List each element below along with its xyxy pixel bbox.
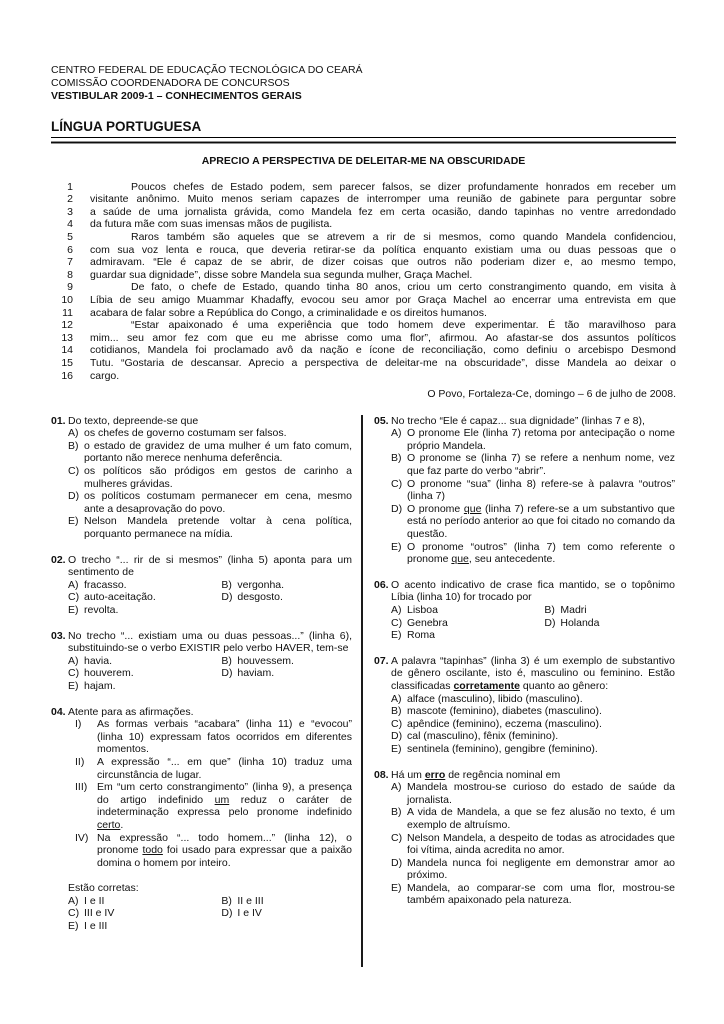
option-label: C) bbox=[68, 667, 84, 680]
passage-line: 14cotidianos, Mandela foi proclamado avô… bbox=[51, 344, 676, 357]
answer-option: A)havia. bbox=[68, 655, 221, 668]
line-text: guardar sua dignidade”, disse sobre Mand… bbox=[90, 269, 676, 282]
passage-line: 15Tutu. “Gostaria de descansar. Aprecio … bbox=[51, 357, 676, 370]
option-label: A) bbox=[391, 693, 407, 706]
option-text: os chefes de governo costumam ser falsos… bbox=[84, 427, 287, 439]
line-number: 8 bbox=[51, 269, 73, 282]
option-text: Mandela mostrou-se curioso do estado de … bbox=[407, 781, 675, 806]
exam-header: CENTRO FEDERAL DE EDUCAÇÃO TECNOLÓGICA D… bbox=[51, 64, 676, 103]
statement-item: III)Em “um certo constrangimento” (linha… bbox=[75, 781, 352, 831]
answer-option: A)Lisboa bbox=[391, 604, 544, 617]
option-text: houverem. bbox=[84, 667, 134, 679]
question-number: 02. bbox=[51, 554, 68, 567]
questions-area: 01.Do texto, depreende-se queA)os chefes… bbox=[51, 415, 676, 967]
question-stem-text: O trecho “... rir de si mesmos” (linha 5… bbox=[68, 554, 352, 579]
line-text: visitante anônimo. Muito menos seriam ca… bbox=[90, 193, 676, 206]
questions-column-left: 01.Do texto, depreende-se queA)os chefes… bbox=[51, 415, 352, 967]
exam-page: CENTRO FEDERAL DE EDUCAÇÃO TECNOLÓGICA D… bbox=[0, 0, 724, 967]
options-list: A)I e IIB)II e IIIC)III e IVD)I e IVE)I … bbox=[51, 895, 352, 933]
option-text: havia. bbox=[84, 655, 112, 667]
answer-option: C)Nelson Mandela, a despeito de todas as… bbox=[391, 832, 675, 857]
line-text: Poucos chefes de Estado podem, sem parec… bbox=[90, 181, 676, 194]
line-text: cargo. bbox=[90, 370, 676, 383]
answer-option: D)Mandela nunca foi negligente em demons… bbox=[391, 857, 675, 882]
line-text: da futura mãe com suas imensas mãos de p… bbox=[90, 218, 676, 231]
line-number: 4 bbox=[51, 218, 73, 231]
question-stem: 06.O acento indicativo de crase fica man… bbox=[374, 579, 675, 604]
question-stem: 01.Do texto, depreende-se que bbox=[51, 415, 352, 428]
answer-option: B)II e III bbox=[221, 895, 352, 908]
option-text: vergonha. bbox=[237, 579, 284, 591]
question-stem: 04.Atente para as afirmações. bbox=[51, 706, 352, 719]
question-stem: 03.No trecho “... existiam uma ou duas p… bbox=[51, 630, 352, 655]
answer-option: C)apêndice (feminino), eczema (masculino… bbox=[391, 718, 675, 731]
options-list: A)alface (masculino), libido (masculino)… bbox=[374, 693, 675, 756]
option-text: O pronome “sua” (linha 8) refere-se à pa… bbox=[407, 478, 675, 503]
answer-option: D)I e IV bbox=[221, 907, 352, 920]
column-divider bbox=[361, 415, 363, 967]
header-divider-rule bbox=[51, 141, 676, 144]
line-number: 15 bbox=[51, 357, 73, 370]
statement-list: I)As formas verbais “acabara” (linha 11)… bbox=[51, 718, 352, 869]
line-text: Líbia de seu amigo Muammar Khadaffy, evo… bbox=[90, 294, 676, 307]
option-label: D) bbox=[391, 503, 407, 516]
option-label: D) bbox=[544, 617, 560, 630]
line-number: 9 bbox=[51, 281, 73, 294]
institution-name: CENTRO FEDERAL DE EDUCAÇÃO TECNOLÓGICA D… bbox=[51, 64, 676, 77]
statement-text: As formas verbais “acabara” (linha 11) e… bbox=[97, 718, 352, 755]
passage-line: 5Raros também são aqueles que se atrevem… bbox=[51, 231, 676, 244]
passage-title: APRECIO A PERSPECTIVA DE DELEITAR-ME NA … bbox=[51, 155, 676, 168]
question-stem: 07.A palavra “tapinhas” (linha 3) é um e… bbox=[374, 655, 675, 693]
option-label: C) bbox=[391, 478, 407, 491]
option-text: hajam. bbox=[84, 680, 116, 692]
option-text: Genebra bbox=[407, 617, 448, 629]
question-number: 06. bbox=[374, 579, 391, 592]
statement-text: Na expressão “... todo homem...” (linha … bbox=[97, 832, 352, 869]
option-label: E) bbox=[68, 515, 84, 528]
option-label: B) bbox=[391, 705, 407, 718]
question-stem: 05.No trecho “Ele é capaz... sua dignida… bbox=[374, 415, 675, 428]
question-stem-text: Do texto, depreende-se que bbox=[68, 415, 198, 427]
line-number: 13 bbox=[51, 332, 73, 345]
question-stem-text: Há um erro de regência nominal em bbox=[391, 769, 560, 781]
option-text: revolta. bbox=[84, 604, 118, 616]
option-label: A) bbox=[68, 655, 84, 668]
option-text: mascote (feminino), diabetes (masculino)… bbox=[407, 705, 602, 717]
option-label: B) bbox=[221, 655, 237, 668]
option-text: desgosto. bbox=[237, 591, 283, 603]
option-text: I e II bbox=[84, 895, 104, 907]
question-number: 08. bbox=[374, 769, 391, 782]
option-label: C) bbox=[391, 718, 407, 731]
answer-option: E)revolta. bbox=[68, 604, 221, 617]
answer-option: B)vergonha. bbox=[221, 579, 352, 592]
answer-option: C)auto-aceitação. bbox=[68, 591, 221, 604]
option-text: Nelson Mandela pretende voltar à cena po… bbox=[84, 515, 352, 540]
statement-item: IV)Na expressão “... todo homem...” (lin… bbox=[75, 832, 352, 870]
option-label: C) bbox=[68, 907, 84, 920]
option-label: C) bbox=[68, 465, 84, 478]
option-text: O pronome Ele (linha 7) retoma por antec… bbox=[407, 427, 675, 452]
option-label: E) bbox=[391, 882, 407, 895]
line-number: 2 bbox=[51, 193, 73, 206]
option-text: Holanda bbox=[560, 617, 599, 629]
answer-option: A)O pronome Ele (linha 7) retoma por ant… bbox=[391, 427, 675, 452]
question: 04.Atente para as afirmações.I)As formas… bbox=[51, 706, 352, 933]
question-stem-text: Atente para as afirmações. bbox=[68, 706, 193, 718]
answer-option: E)sentinela (feminino), gengibre (femini… bbox=[391, 743, 675, 756]
passage-line: 13mim... seu amor fez com que eu me abri… bbox=[51, 332, 676, 345]
option-text: o estado de gravidez de uma mulher é um … bbox=[84, 440, 352, 465]
option-label: A) bbox=[68, 895, 84, 908]
option-text: apêndice (feminino), eczema (masculino). bbox=[407, 718, 602, 730]
options-list: A)fracasso.B)vergonha.C)auto-aceitação.D… bbox=[51, 579, 352, 617]
option-text: O pronome “outros” (linha 7) tem como re… bbox=[407, 541, 675, 566]
passage-line: 8guardar sua dignidade”, disse sobre Man… bbox=[51, 269, 676, 282]
line-number: 14 bbox=[51, 344, 73, 357]
option-label: E) bbox=[391, 743, 407, 756]
passage-line: 10Líbia de seu amigo Muammar Khadaffy, e… bbox=[51, 294, 676, 307]
option-text: Mandela nunca foi negligente em demonstr… bbox=[407, 857, 675, 882]
answer-option: D)haviam. bbox=[221, 667, 352, 680]
option-label: C) bbox=[391, 832, 407, 845]
statement-item: I)As formas verbais “acabara” (linha 11)… bbox=[75, 718, 352, 756]
question: 02.O trecho “... rir de si mesmos” (linh… bbox=[51, 554, 352, 617]
option-label: D) bbox=[221, 907, 237, 920]
passage-line: 7admiravam. “Ele é capaz de se abrir, de… bbox=[51, 256, 676, 269]
question-stem-text: O acento indicativo de crase fica mantid… bbox=[391, 579, 675, 604]
answer-option: C)O pronome “sua” (linha 8) refere-se à … bbox=[391, 478, 675, 503]
options-list: A)os chefes de governo costumam ser fals… bbox=[51, 427, 352, 540]
line-text: cotidianos, Mandela foi proclamado avô d… bbox=[90, 344, 676, 357]
option-label: C) bbox=[68, 591, 84, 604]
question: 03.No trecho “... existiam uma ou duas p… bbox=[51, 630, 352, 693]
options-list: A)O pronome Ele (linha 7) retoma por ant… bbox=[374, 427, 675, 566]
option-label: A) bbox=[68, 579, 84, 592]
option-label: E) bbox=[68, 920, 84, 933]
options-list: A)Mandela mostrou-se curioso do estado d… bbox=[374, 781, 675, 907]
answer-option: E)O pronome “outros” (linha 7) tem como … bbox=[391, 541, 675, 566]
answer-option: C)Genebra bbox=[391, 617, 544, 630]
question-instruction: Estão corretas: bbox=[51, 882, 352, 895]
passage-line: 6com sua voz lenta e rouca, que deveria … bbox=[51, 244, 676, 257]
option-label: A) bbox=[391, 604, 407, 617]
question: 05.No trecho “Ele é capaz... sua dignida… bbox=[374, 415, 675, 566]
passage-line: 4da futura mãe com suas imensas mãos de … bbox=[51, 218, 676, 231]
question: 07.A palavra “tapinhas” (linha 3) é um e… bbox=[374, 655, 675, 756]
line-text: admiravam. “Ele é capaz de se abrir, de … bbox=[90, 256, 676, 269]
option-label: E) bbox=[391, 541, 407, 554]
option-text: Lisboa bbox=[407, 604, 438, 616]
option-text: III e IV bbox=[84, 907, 114, 919]
option-text: I e IV bbox=[237, 907, 262, 919]
option-label: B) bbox=[391, 452, 407, 465]
option-text: os políticos são pródigos em gestos de c… bbox=[84, 465, 352, 490]
line-number: 11 bbox=[51, 307, 73, 320]
answer-option: D)cal (masculino), fênix (feminino). bbox=[391, 730, 675, 743]
answer-option: B)houvessem. bbox=[221, 655, 352, 668]
statement-label: IV) bbox=[75, 832, 97, 845]
passage-line: 12“Estar apaixonado é uma experiência qu… bbox=[51, 319, 676, 332]
passage-line: 9De fato, o chefe de Estado, quando tinh… bbox=[51, 281, 676, 294]
passage-line: 2visitante anônimo. Muito menos seriam c… bbox=[51, 193, 676, 206]
question: 01.Do texto, depreende-se queA)os chefes… bbox=[51, 415, 352, 541]
option-label: B) bbox=[68, 440, 84, 453]
option-text: cal (masculino), fênix (feminino). bbox=[407, 730, 558, 742]
answer-option: B)mascote (feminino), diabetes (masculin… bbox=[391, 705, 675, 718]
option-text: haviam. bbox=[237, 667, 274, 679]
passage-line: 16cargo. bbox=[51, 370, 676, 383]
option-text: fracasso. bbox=[84, 579, 127, 591]
option-text: O pronome se (linha 7) se refere a nenhu… bbox=[407, 452, 675, 477]
option-text: sentinela (feminino), gengibre (feminino… bbox=[407, 743, 598, 755]
option-label: E) bbox=[68, 604, 84, 617]
answer-option: B)o estado de gravidez de uma mulher é u… bbox=[68, 440, 352, 465]
option-label: B) bbox=[221, 579, 237, 592]
passage-line: 11acabara de falar sobre a República do … bbox=[51, 307, 676, 320]
statement-text: Em “um certo constrangimento” (linha 9),… bbox=[97, 781, 352, 831]
question-number: 03. bbox=[51, 630, 68, 643]
line-number: 1 bbox=[51, 181, 73, 194]
question-number: 01. bbox=[51, 415, 68, 428]
question-stem-text: A palavra “tapinhas” (linha 3) é um exem… bbox=[391, 655, 675, 692]
answer-option: E)Roma bbox=[391, 629, 544, 642]
exam-name: VESTIBULAR 2009-1 – CONHECIMENTOS GERAIS bbox=[51, 90, 676, 103]
answer-option: A)Mandela mostrou-se curioso do estado d… bbox=[391, 781, 675, 806]
option-text: O pronome que (linha 7) refere-se a um s… bbox=[407, 503, 675, 540]
statement-label: I) bbox=[75, 718, 97, 731]
line-number: 6 bbox=[51, 244, 73, 257]
answer-option: D)Holanda bbox=[544, 617, 675, 630]
option-label: B) bbox=[221, 895, 237, 908]
option-label: B) bbox=[544, 604, 560, 617]
answer-option: A)alface (masculino), libido (masculino)… bbox=[391, 693, 675, 706]
option-text: Nelson Mandela, a despeito de todas as a… bbox=[407, 832, 675, 857]
option-label: A) bbox=[391, 781, 407, 794]
option-label: E) bbox=[68, 680, 84, 693]
option-label: D) bbox=[68, 490, 84, 503]
options-list: A)LisboaB)MadriC)GenebraD)HolandaE)Roma bbox=[374, 604, 675, 642]
question-stem: 02.O trecho “... rir de si mesmos” (linh… bbox=[51, 554, 352, 579]
passage: 1Poucos chefes de Estado podem, sem pare… bbox=[51, 181, 676, 383]
line-text: mim... seu amor fez com que eu me abriss… bbox=[90, 332, 676, 345]
answer-option: A)fracasso. bbox=[68, 579, 221, 592]
answer-option: C)houverem. bbox=[68, 667, 221, 680]
line-text: acabara de falar sobre a República do Co… bbox=[90, 307, 676, 320]
option-text: II e III bbox=[237, 895, 263, 907]
line-number: 5 bbox=[51, 231, 73, 244]
line-number: 16 bbox=[51, 370, 73, 383]
option-text: Mandela, ao comparar-se com uma flor, mo… bbox=[407, 882, 675, 907]
answer-option: B)O pronome se (linha 7) se refere a nen… bbox=[391, 452, 675, 477]
question-number: 04. bbox=[51, 706, 68, 719]
exam-body: APRECIO A PERSPECTIVA DE DELEITAR-ME NA … bbox=[51, 155, 676, 967]
passage-line: 3a saúde de uma jornalista grávida, como… bbox=[51, 206, 676, 219]
option-text: Madri bbox=[560, 604, 586, 616]
answer-option: E)I e III bbox=[68, 920, 221, 933]
question-stem-text: No trecho “... existiam uma ou duas pess… bbox=[68, 630, 352, 655]
line-text: Tutu. “Gostaria de descansar. Aprecio a … bbox=[90, 357, 676, 370]
line-text: “Estar apaixonado é uma experiência que … bbox=[90, 319, 676, 332]
answer-option: D)O pronome que (linha 7) refere-se a um… bbox=[391, 503, 675, 541]
option-text: A vida de Mandela, a que se fez alusão n… bbox=[407, 806, 675, 831]
answer-option: A)os chefes de governo costumam ser fals… bbox=[68, 427, 352, 440]
statement-item: II)A expressão “... em que” (linha 10) t… bbox=[75, 756, 352, 781]
line-text: com sua voz lenta e rouca, que deveria r… bbox=[90, 244, 676, 257]
answer-option: E)hajam. bbox=[68, 680, 221, 693]
section-title: LÍNGUA PORTUGUESA bbox=[51, 119, 676, 138]
options-list: A)havia.B)houvessem.C)houverem.D)haviam.… bbox=[51, 655, 352, 693]
option-label: E) bbox=[391, 629, 407, 642]
line-text: a saúde de uma jornalista grávida, como … bbox=[90, 206, 676, 219]
line-text: Raros também são aqueles que se atrevem … bbox=[90, 231, 676, 244]
question: 06.O acento indicativo de crase fica man… bbox=[374, 579, 675, 642]
option-label: C) bbox=[391, 617, 407, 630]
line-number: 10 bbox=[51, 294, 73, 307]
option-label: A) bbox=[391, 427, 407, 440]
option-label: D) bbox=[391, 730, 407, 743]
answer-option: B)A vida de Mandela, a que se fez alusão… bbox=[391, 806, 675, 831]
answer-option: A)I e II bbox=[68, 895, 221, 908]
option-text: auto-aceitação. bbox=[84, 591, 156, 603]
line-number: 12 bbox=[51, 319, 73, 332]
question-number: 05. bbox=[374, 415, 391, 428]
answer-option: C)os políticos são pródigos em gestos de… bbox=[68, 465, 352, 490]
option-text: os políticos costumam permanecer em cena… bbox=[84, 490, 352, 515]
line-number: 3 bbox=[51, 206, 73, 219]
line-number: 7 bbox=[51, 256, 73, 269]
question: 08.Há um erro de regência nominal emA)Ma… bbox=[374, 769, 675, 908]
option-text: Roma bbox=[407, 629, 435, 641]
questions-column-right: 05.No trecho “Ele é capaz... sua dignida… bbox=[374, 415, 675, 967]
option-label: D) bbox=[391, 857, 407, 870]
answer-option: D)os políticos costumam permanecer em ce… bbox=[68, 490, 352, 515]
question-stem-text: No trecho “Ele é capaz... sua dignidade”… bbox=[391, 415, 645, 427]
committee-name: COMISSÃO COORDENADORA DE CONCURSOS bbox=[51, 77, 676, 90]
option-text: I e III bbox=[84, 920, 107, 932]
passage-line: 1Poucos chefes de Estado podem, sem pare… bbox=[51, 181, 676, 194]
statement-text: A expressão “... em que” (linha 10) trad… bbox=[97, 756, 352, 781]
line-text: De fato, o chefe de Estado, quando tinha… bbox=[90, 281, 676, 294]
option-label: D) bbox=[221, 667, 237, 680]
answer-option: E)Nelson Mandela pretende voltar à cena … bbox=[68, 515, 352, 540]
answer-option: C)III e IV bbox=[68, 907, 221, 920]
option-text: alface (masculino), libido (masculino). bbox=[407, 693, 583, 705]
question-number: 07. bbox=[374, 655, 391, 668]
statement-label: III) bbox=[75, 781, 97, 794]
answer-option: D)desgosto. bbox=[221, 591, 352, 604]
question-stem: 08.Há um erro de regência nominal em bbox=[374, 769, 675, 782]
option-label: D) bbox=[221, 591, 237, 604]
option-label: B) bbox=[391, 806, 407, 819]
statement-label: II) bbox=[75, 756, 97, 769]
answer-option: B)Madri bbox=[544, 604, 675, 617]
answer-option: E)Mandela, ao comparar-se com uma flor, … bbox=[391, 882, 675, 907]
option-label: A) bbox=[68, 427, 84, 440]
option-text: houvessem. bbox=[237, 655, 294, 667]
passage-source: O Povo, Fortaleza-Ce, domingo – 6 de jul… bbox=[51, 388, 676, 401]
